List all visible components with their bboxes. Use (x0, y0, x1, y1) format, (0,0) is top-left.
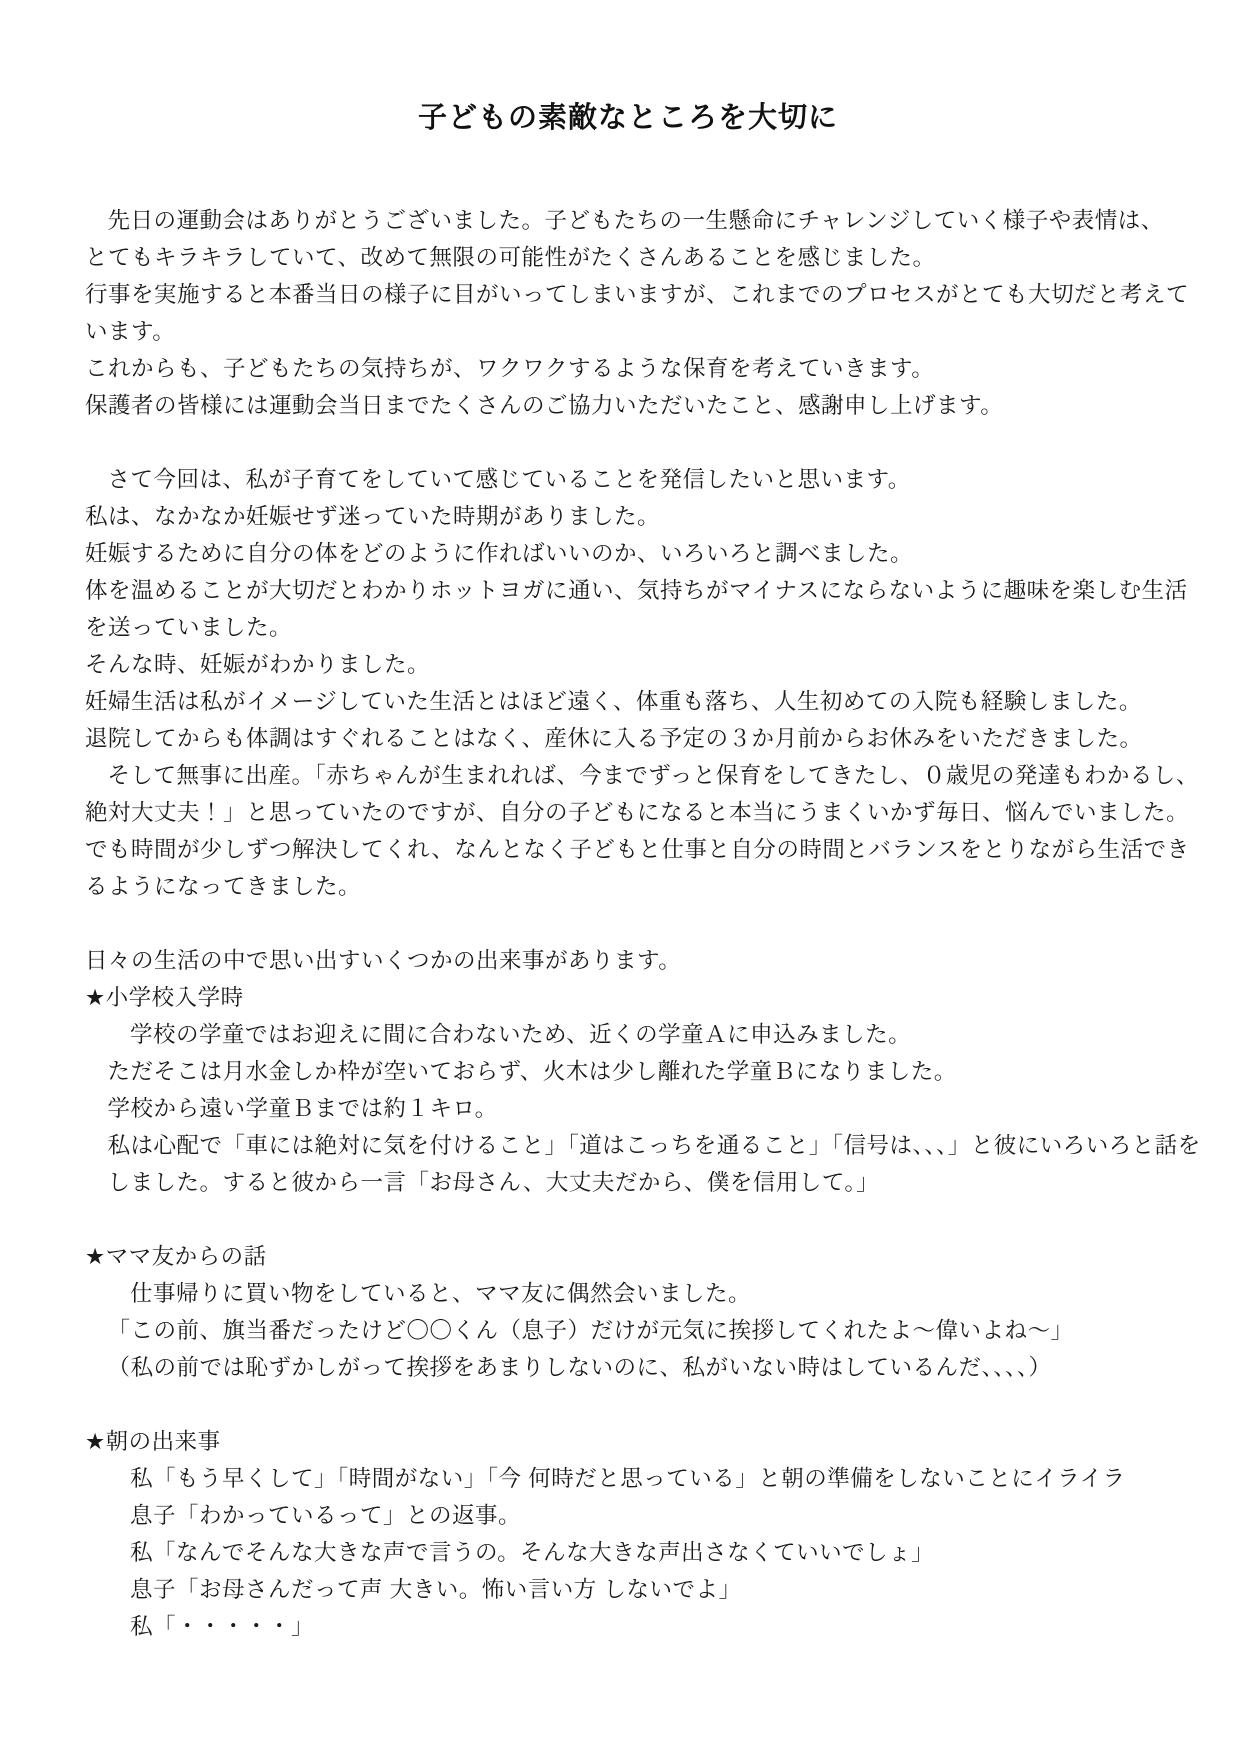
text-line: これからも、子どもたちの気持ちが、ワクワクするような保育を考えていきます。 (85, 350, 1171, 387)
text-line: 私「・・・・・」 (85, 1608, 1171, 1645)
text-line: 息子「お母さんだって声 大きい。怖い言い方 しないでよ」 (85, 1571, 1171, 1608)
blank-line (85, 424, 1171, 461)
blank-line (85, 1201, 1171, 1238)
text-line: ただそこは月水金しか枠が空いておらず、火木は少し離れた学童Ｂになりました。 (85, 1053, 1171, 1090)
text-line: でも時間が少しずつ解決してくれ、なんとなく子どもと仕事と自分の時間とバランスをと… (85, 831, 1171, 868)
document-body: 先日の運動会はありがとうございました。子どもたちの一生懸命にチャレンジしていく様… (85, 202, 1171, 1645)
text-line: るようになってきました。 (85, 868, 1171, 905)
text-line: しました。すると彼から一言「お母さん、大丈夫だから、僕を信用して。」 (85, 1164, 1171, 1201)
text-line: 体を温めることが大切だとわかりホットヨガに通い、気持ちがマイナスにならないように… (85, 572, 1171, 609)
text-line: 私「なんでそんな大きな声で言うの。そんな大きな声出さなくていいでしょ」 (85, 1534, 1171, 1571)
blank-line (85, 905, 1171, 942)
text-line: 妊婦生活は私がイメージしていた生活とはほど遠く、体重も落ち、人生初めての入院も経… (85, 683, 1171, 720)
text-line: 私「もう早くして」「時間がない」「今 何時だと思っている」と朝の準備をしないこと… (85, 1460, 1171, 1497)
text-line: とてもキラキラしていて、改めて無限の可能性がたくさんあることを感じました。 (85, 239, 1171, 276)
text-line: 学校から遠い学童Ｂまでは約１キロ。 (85, 1090, 1171, 1127)
text-line: 妊娠するために自分の体をどのように作ればいいのか、いろいろと調べました。 (85, 535, 1171, 572)
text-line: 保護者の皆様には運動会当日までたくさんのご協力いただいたこと、感謝申し上げます。 (85, 387, 1171, 424)
text-line: を送っていました。 (85, 609, 1171, 646)
text-line: 私は心配で「車には絶対に気を付けること」「道はこっちを通ること」「信号は、、、」… (85, 1127, 1171, 1164)
text-line: 学校の学童ではお迎えに間に合わないため、近くの学童Ａに申込みました。 (85, 1016, 1171, 1053)
text-line: 退院してからも体調はすぐれることはなく、産休に入る予定の３か月前からお休みをいた… (85, 720, 1171, 757)
document-page: 子どもの素敵なところを大切に 先日の運動会はありがとうございました。子どもたちの… (0, 0, 1241, 1755)
episode-mom-friend-section-heading: ★ママ友からの話 (85, 1238, 1171, 1275)
text-line: 私は、なかなか妊娠せず迷っていた時期がありました。 (85, 498, 1171, 535)
text-line: 行事を実施すると本番当日の様子に目がいってしまいますが、これまでのプロセスがとて… (85, 276, 1171, 313)
text-line: さて今回は、私が子育てをしていて感じていることを発信したいと思います。 (85, 461, 1171, 498)
text-line: 「この前、旗当番だったけど〇〇くん（息子）だけが元気に挨拶してくれたよ～偉いよね… (85, 1312, 1171, 1349)
text-line: 仕事帰りに買い物をしていると、ママ友に偶然会いました。 (85, 1275, 1171, 1312)
text-line: そんな時、妊娠がわかりました。 (85, 646, 1171, 683)
text-line: 息子「わかっているって」との返事。 (85, 1497, 1171, 1534)
text-line: 日々の生活の中で思い出すいくつかの出来事があります。 (85, 942, 1171, 979)
episode-morning-section-heading: ★朝の出来事 (85, 1423, 1171, 1460)
blank-line (85, 1386, 1171, 1423)
page-title: 子どもの素敵なところを大切に (85, 95, 1171, 141)
text-line: 先日の運動会はありがとうございました。子どもたちの一生懸命にチャレンジしていく様… (85, 202, 1171, 239)
text-line: 絶対大丈夫！」と思っていたのですが、自分の子どもになると本当にうまくいかず毎日、… (85, 794, 1171, 831)
episode-elementary-school-section-heading: ★小学校入学時 (85, 979, 1171, 1016)
text-line: （私の前では恥ずかしがって挨拶をあまりしないのに、私がいない時はしているんだ、、… (85, 1349, 1171, 1386)
text-line: います。 (85, 313, 1171, 350)
text-line: そして無事に出産。「赤ちゃんが生まれれば、今までずっと保育をしてきたし、０歳児の… (85, 757, 1171, 794)
